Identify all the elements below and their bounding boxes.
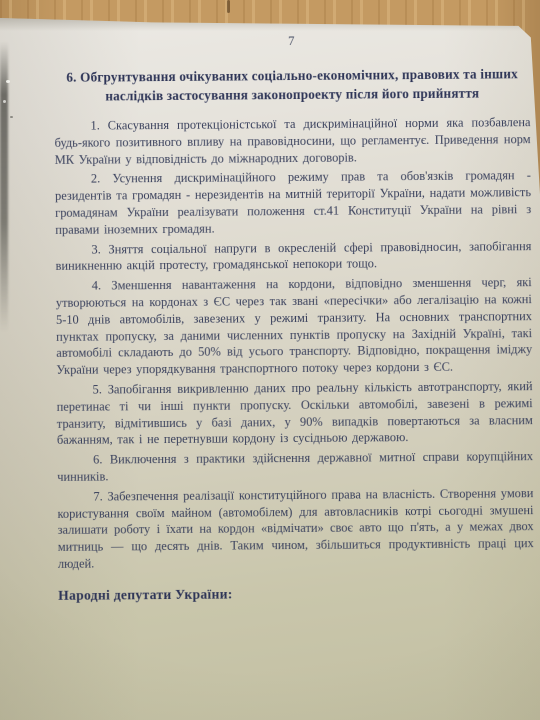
paper-speck bbox=[10, 116, 13, 118]
paper-speck bbox=[6, 80, 10, 83]
document-text-block: 7 6. Обгрунтування очікуваних соціально-… bbox=[54, 32, 534, 603]
paragraph-6: 6. Виключення з практики здійснення держ… bbox=[57, 448, 533, 485]
paper-speck bbox=[3, 100, 6, 103]
paragraph-7: 7. Забезпечення реалізації конституційно… bbox=[57, 485, 534, 573]
paragraph-2: 2. Усунення дискримінаційного режиму пра… bbox=[55, 168, 532, 239]
paragraph-5: 5. Запобігання викривленню даних про реа… bbox=[56, 378, 533, 449]
page-number: 7 bbox=[54, 32, 530, 51]
section-heading: 6. Обгрунтування очікуваних соціально-ек… bbox=[54, 64, 530, 106]
document-photo: 7 6. Обгрунтування очікуваних соціально-… bbox=[0, 0, 540, 720]
wood-grain-mark bbox=[227, 0, 230, 13]
paper-edge-shadow bbox=[0, 42, 8, 332]
paragraph-1: 1. Скасування протекціоністської та диск… bbox=[54, 114, 530, 168]
paragraph-3: 3. Зняття соціальної напруги в окреслені… bbox=[55, 238, 531, 275]
paragraph-4: 4. Зменшення навантаження на кордони, ві… bbox=[56, 274, 533, 379]
document-body: 1. Скасування протекціоністської та диск… bbox=[54, 114, 534, 572]
